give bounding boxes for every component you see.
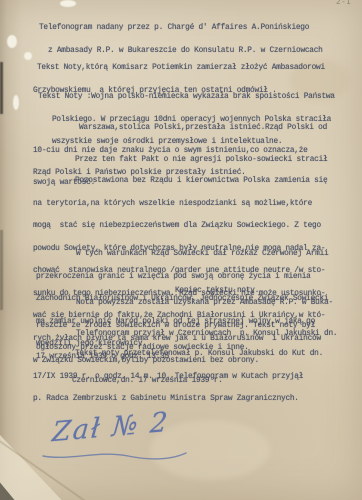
typewritten-line: na terytoria,na których wszelkie niespod…	[33, 201, 327, 209]
typewritten-line: Czerniowce,dn. 17 września 1939 r.	[72, 378, 223, 386]
paper-damage-spot	[60, 0, 76, 7]
dateline: Czerniowce,dn. 17 września 1939 r.	[72, 363, 223, 401]
scanned-document-page: 2-1 Telefonogram nadany przez p. Chargé …	[0, 0, 362, 500]
typewritten-line: Telefonogram nadany przez p. Chargé d' A…	[39, 25, 323, 33]
typewritten-line: Tekst noty przetelefonował p. Konsul Jak…	[33, 351, 323, 359]
typewritten-line: Tekst Noty :Wojna polsko-niemiecka wykaz…	[38, 94, 335, 102]
handwritten-underline	[40, 447, 190, 465]
typewritten-line: Tekst Noty,którą Komisarz Potiemkin zami…	[33, 65, 325, 73]
paper-damage-spot	[13, 95, 19, 110]
pencil-corner-mark: 2-1	[336, 0, 352, 6]
typewritten-line: Warszawa,stolica Polski,przestała istnie…	[33, 125, 327, 133]
scan-edge-mark	[0, 62, 3, 114]
paper-damage-spot	[7, 35, 17, 48]
typewritten-line: mogą stać się niebezpieczeństwem dla Zwi…	[33, 223, 327, 231]
typewritten-line: W tych warunkach Rząd Sowiecki dał rozka…	[36, 251, 328, 259]
typewritten-line: Nota powyższa została uzyskana przez Amb…	[36, 300, 333, 308]
typewritten-line: Pozostawiona bez Rządu i kierownictwa Po…	[33, 178, 327, 186]
paper-damage-spot	[24, 52, 32, 60]
scan-edge-mark	[0, 230, 3, 310]
